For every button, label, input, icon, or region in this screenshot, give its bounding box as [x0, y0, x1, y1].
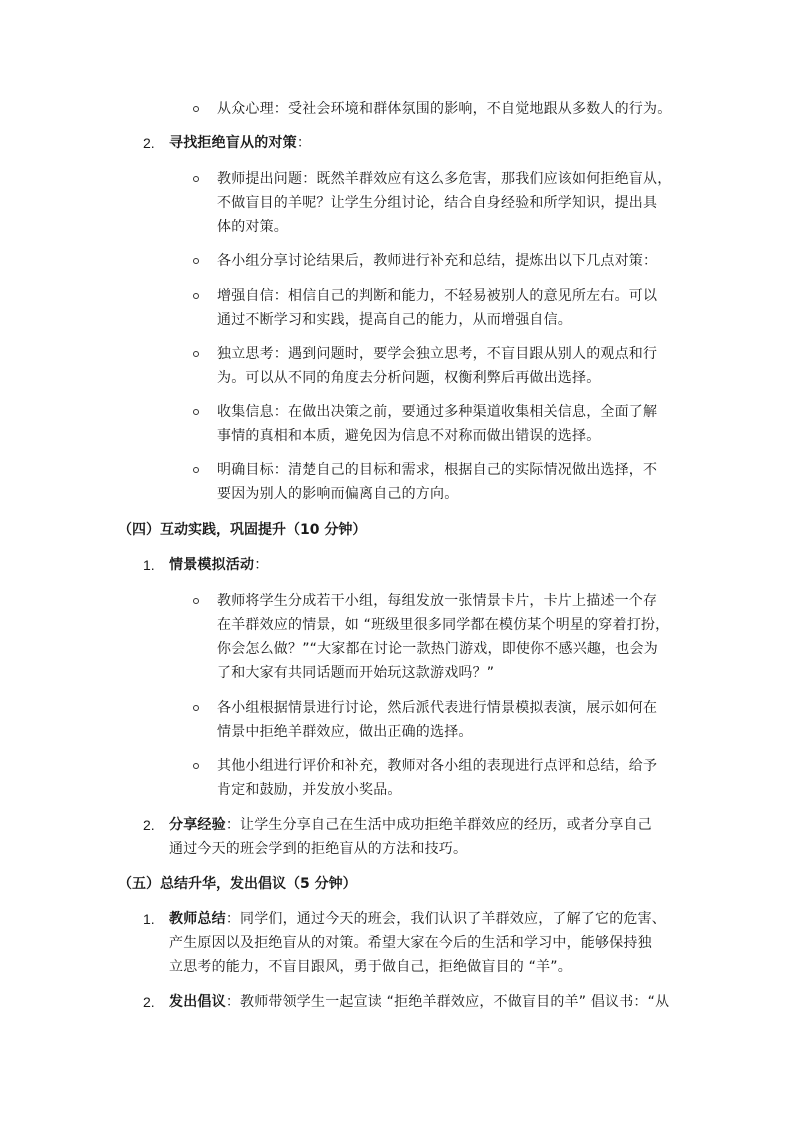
bullet-circle-icon: [193, 763, 199, 769]
bullet-circle-icon: [193, 598, 199, 604]
numbered-item: 寻找拒绝盲从的对策：: [169, 131, 311, 155]
bullet-item-text: 肯定和鼓励，并发放小奖品。: [217, 778, 402, 802]
numbered-item-title: 情景模拟活动: [169, 557, 254, 573]
bullet-item-text: 你会怎么做？”“大家都在讨论一款热门游戏，即使你不感兴趣，也会为: [217, 637, 658, 661]
bullet-item-text: 各小组根据情景进行讨论，然后派代表进行情景模拟表演，展示如何在: [217, 696, 657, 720]
bullet-item-text: 增强自信：相信自己的判断和能力，不轻易被别人的意见所左右。可以: [217, 284, 657, 308]
numbered-item-text: 产生原因以及拒绝盲从的对策。希望大家在今后的生活和学习中，能够保持独: [169, 931, 652, 955]
bullet-item-text: 在羊群效应的情景，如 “班级里很多同学都在模仿某个明星的穿着打扮，: [217, 613, 669, 637]
numbered-item-text: ：: [254, 557, 268, 573]
numbered-item-title: 教师总结: [169, 911, 226, 927]
document-page: 从众心理：受社会环境和群体氛围的影响，不自觉地跟从多数人的行为。 2. 寻找拒绝…: [0, 0, 793, 1122]
list-number: 1.: [143, 907, 155, 931]
numbered-item-title: 分享经验: [169, 817, 226, 833]
bullet-item-text: 教师提出问题：既然羊群效应有这么多危害，那我们应该如何拒绝盲从，: [217, 167, 671, 191]
list-number: 2.: [143, 131, 155, 155]
numbered-item-text: ：: [297, 135, 311, 151]
bullet-item-text: 不做盲目的羊呢？让学生分组讨论，结合自身经验和所学知识，提出具: [217, 191, 657, 215]
bullet-item-text: 独立思考：遇到问题时，要学会独立思考，不盲目跟从别人的观点和行: [217, 342, 657, 366]
numbered-item-text: ：同学们，通过今天的班会，我们认识了羊群效应，了解了它的危害、: [226, 911, 666, 927]
bullet-item-text: 了和大家有共同话题而开始玩这款游戏吗？”: [217, 661, 494, 685]
bullet-circle-icon: [193, 351, 199, 357]
numbered-item-text: 通过今天的班会学到的拒绝盲从的方法和技巧。: [169, 837, 467, 861]
list-number: 2.: [143, 990, 155, 1014]
bullet-circle-icon: [193, 106, 199, 112]
bullet-circle-icon: [193, 258, 199, 264]
bullet-circle-icon: [193, 293, 199, 299]
numbered-item-text: ：让学生分享自己在生活中成功拒绝羊群效应的经历，或者分享自己: [226, 817, 652, 833]
numbered-item: 情景模拟活动：: [169, 553, 268, 577]
bullet-item-text: 从众心理：受社会环境和群体氛围的影响，不自觉地跟从多数人的行为。: [217, 97, 671, 121]
bullet-item-text: 事情的真相和本质，避免因为信息不对称而做出错误的选择。: [217, 424, 600, 448]
bullet-circle-icon: [193, 705, 199, 711]
bullet-item-text: 明确目标：清楚自己的目标和需求，根据自己的实际情况做出选择，不: [217, 458, 657, 482]
bullet-item-text: 为。可以从不同的角度去分析问题，权衡利弊后再做出选择。: [217, 366, 600, 390]
bullet-circle-icon: [193, 467, 199, 473]
bullet-item-text: 收集信息：在做出决策之前，要通过多种渠道收集相关信息，全面了解: [217, 400, 657, 424]
bullet-item-text: 要因为别人的影响而偏离自己的方向。: [217, 482, 458, 506]
numbered-item: 发出倡议：教师带领学生一起宣读 “拒绝羊群效应，不做盲目的羊” 倡议书：“从: [169, 990, 669, 1014]
numbered-item-title: 寻找拒绝盲从的对策: [169, 135, 297, 151]
numbered-item-text: ：教师带领学生一起宣读 “拒绝羊群效应，不做盲目的羊” 倡议书：“从: [226, 994, 669, 1010]
bullet-item-text: 其他小组进行评价和补充，教师对各小组的表现进行点评和总结，给予: [217, 754, 657, 778]
bullet-circle-icon: [193, 409, 199, 415]
section-heading: （五）总结升华，发出倡议（5 分钟）: [118, 872, 357, 896]
section-heading: （四）互动实践，巩固提升（10 分钟）: [118, 518, 366, 542]
bullet-item-text: 情景中拒绝羊群效应，做出正确的选择。: [217, 720, 473, 744]
bullet-item-text: 通过不断学习和实践，提高自己的能力，从而增强自信。: [217, 308, 572, 332]
bullet-item-text: 各小组分享讨论结果后，教师进行补充和总结，提炼出以下几点对策：: [217, 249, 657, 273]
numbered-item: 分享经验：让学生分享自己在生活中成功拒绝羊群效应的经历，或者分享自己: [169, 813, 652, 837]
list-number: 1.: [143, 553, 155, 577]
list-number: 2.: [143, 813, 155, 837]
numbered-item-title: 发出倡议: [169, 994, 226, 1010]
numbered-item-text: 立思考的能力，不盲目跟风，勇于做自己，拒绝做盲目的 “羊”。: [169, 955, 572, 979]
bullet-item-text: 教师将学生分成若干小组，每组发放一张情景卡片，卡片上描述一个存: [217, 589, 657, 613]
numbered-item: 教师总结：同学们，通过今天的班会，我们认识了羊群效应，了解了它的危害、: [169, 907, 666, 931]
bullet-item-text: 体的对策。: [217, 215, 288, 239]
bullet-circle-icon: [193, 176, 199, 182]
